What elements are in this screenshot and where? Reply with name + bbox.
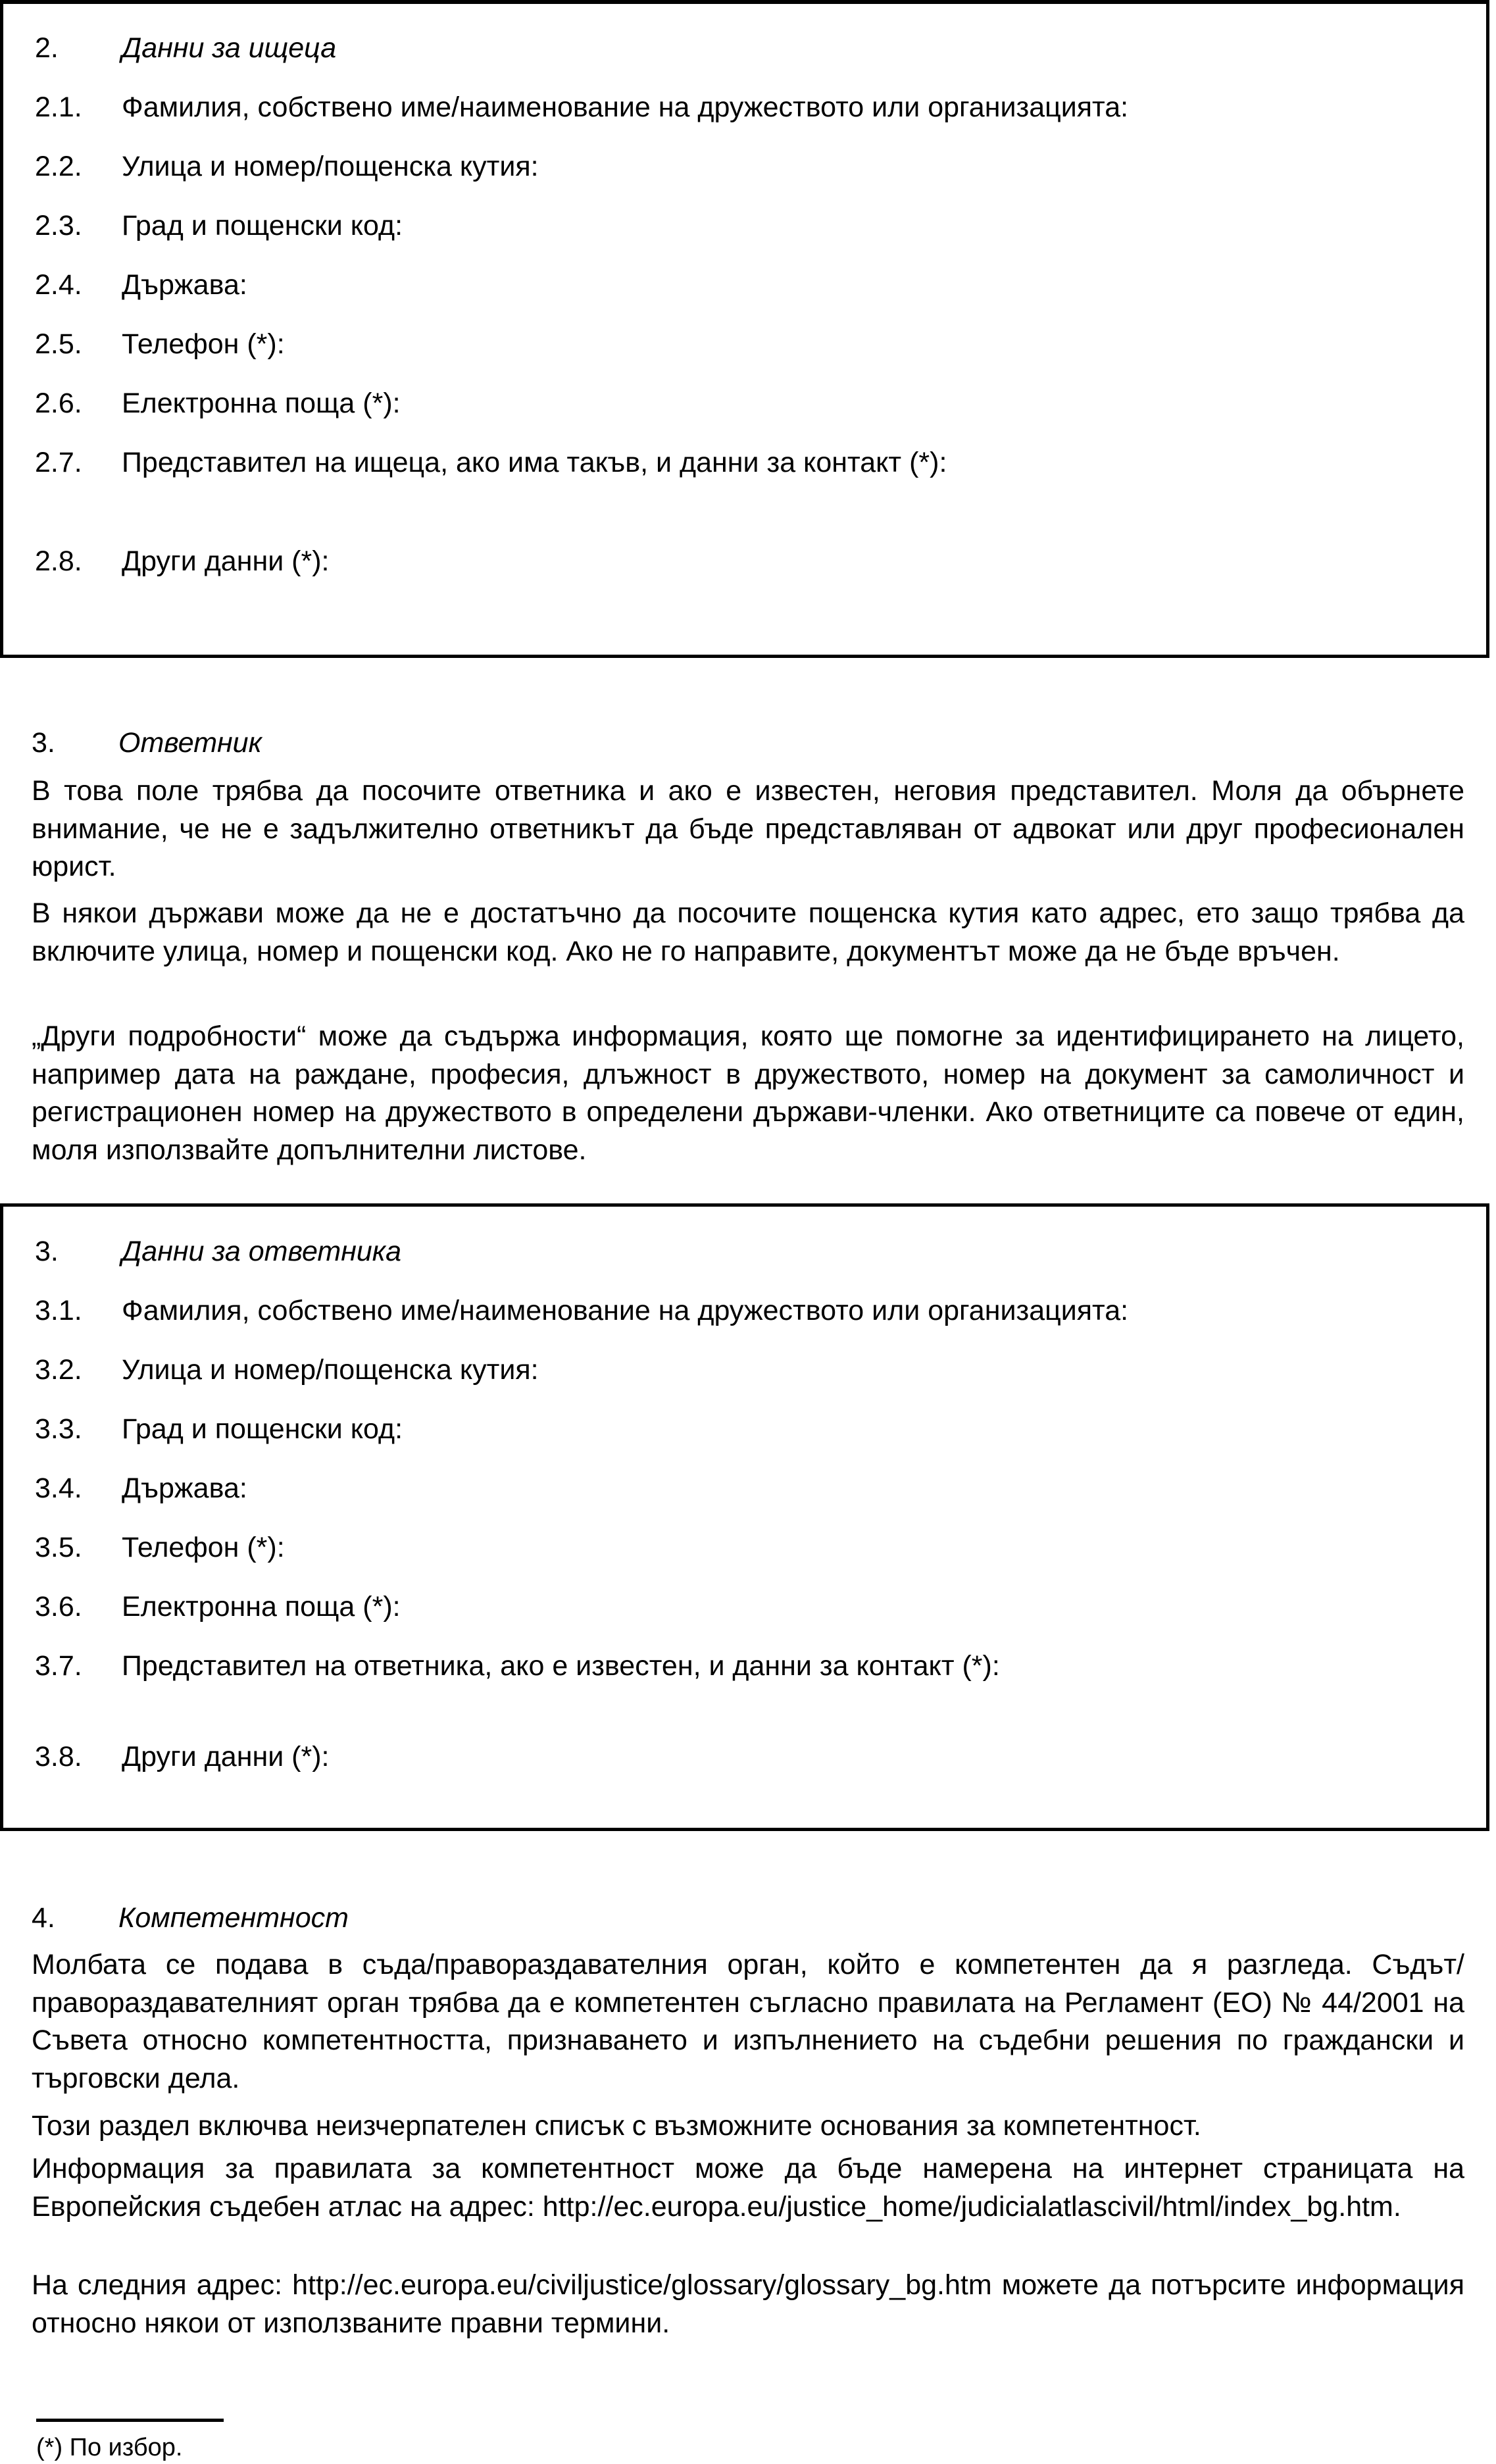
field-label: Държава: bbox=[122, 1472, 247, 1505]
field-label: Други данни (*): bbox=[122, 545, 330, 578]
form-field-claimant-email[interactable]: 2.6.Електронна поща (*): bbox=[35, 387, 401, 420]
glossary-paragraph[interactable]: На следния адрес: http://ec.europa.eu/ci… bbox=[32, 2267, 1464, 2342]
form-field-claimant-name[interactable]: 2.1.Фамилия, собствено име/наименование … bbox=[35, 91, 1128, 124]
defendant-section-heading: 3.Ответник bbox=[32, 726, 262, 759]
field-label: Улица и номер/пощенска кутия: bbox=[122, 1353, 539, 1386]
form-field-defendant-phone[interactable]: 3.5.Телефон (*): bbox=[35, 1531, 285, 1564]
field-label: Електронна поща (*): bbox=[122, 1590, 401, 1623]
form-field-defendant-representative[interactable]: 3.7.Представител на ответника, ако е изв… bbox=[35, 1649, 1000, 1682]
field-label: Град и пощенски код: bbox=[122, 1413, 403, 1446]
form-field-claimant-street[interactable]: 2.2.Улица и номер/пощенска кутия: bbox=[35, 150, 539, 183]
form-field-defendant-email[interactable]: 3.6.Електронна поща (*): bbox=[35, 1590, 401, 1623]
form-field-defendant-street[interactable]: 3.2.Улица и номер/пощенска кутия: bbox=[35, 1353, 539, 1386]
claimant-heading: 2.Данни за ищеца bbox=[35, 32, 336, 64]
field-label: Телефон (*): bbox=[122, 1531, 285, 1564]
form-field-claimant-other[interactable]: 2.8.Други данни (*): bbox=[35, 545, 330, 578]
section-number: 3. bbox=[32, 726, 118, 759]
form-field-claimant-phone[interactable]: 2.5.Телефон (*): bbox=[35, 328, 285, 361]
field-label: Други данни (*): bbox=[122, 1740, 330, 1773]
section-number: 2. bbox=[35, 32, 122, 64]
field-label: Електронна поща (*): bbox=[122, 387, 401, 420]
defendant-other-details-paragraph: „Други подробности“ може да съдържа инфо… bbox=[32, 1018, 1464, 1169]
field-label: Представител на ответника, ако е известе… bbox=[122, 1649, 1000, 1682]
footnote-separator bbox=[36, 2419, 224, 2422]
field-label: Фамилия, собствено име/наименование на д… bbox=[122, 1294, 1128, 1327]
jurisdiction-court-paragraph: Молбата се подава в съда/правораздавател… bbox=[32, 1946, 1464, 2098]
form-field-claimant-representative[interactable]: 2.7.Представител на ищеца, ако има такъв… bbox=[35, 446, 947, 479]
form-field-defendant-country[interactable]: 3.4.Държава: bbox=[35, 1472, 247, 1505]
jurisdiction-list-paragraph: Този раздел включва неизчерпателен списъ… bbox=[32, 2107, 1464, 2146]
form-field-defendant-other[interactable]: 3.8.Други данни (*): bbox=[35, 1740, 330, 1773]
form-field-defendant-name[interactable]: 3.1.Фамилия, собствено име/наименование … bbox=[35, 1294, 1128, 1327]
form-field-claimant-country[interactable]: 2.4.Държава: bbox=[35, 268, 247, 301]
form-field-claimant-city[interactable]: 2.3.Град и пощенски код: bbox=[35, 209, 403, 242]
footnote-optional: (*) По избор. bbox=[36, 2433, 182, 2462]
field-label: Улица и номер/пощенска кутия: bbox=[122, 150, 539, 183]
judicial-atlas-paragraph[interactable]: Информация за правилата за компетентност… bbox=[32, 2150, 1464, 2226]
section-title: Данни за ищеца bbox=[122, 32, 336, 64]
section-number: 4. bbox=[32, 1901, 118, 1934]
defendant-heading: 3.Данни за ответника bbox=[35, 1235, 401, 1268]
defendant-data-box: 3.Данни за ответника 3.1.Фамилия, собств… bbox=[0, 1203, 1489, 1831]
field-label: Държава: bbox=[122, 268, 247, 301]
form-field-defendant-city[interactable]: 3.3.Град и пощенски код: bbox=[35, 1413, 403, 1446]
field-label: Телефон (*): bbox=[122, 328, 285, 361]
jurisdiction-section-heading: 4.Компетентност bbox=[32, 1901, 349, 1934]
section-number: 3. bbox=[35, 1235, 122, 1268]
section-title: Компетентност bbox=[118, 1902, 349, 1934]
section-title: Данни за ответника bbox=[122, 1235, 401, 1268]
claimant-data-box: 2.Данни за ищеца 2.1.Фамилия, собствено … bbox=[0, 0, 1489, 658]
defendant-instructions-paragraph: В това поле трябва да посочите ответника… bbox=[32, 772, 1464, 886]
field-label: Фамилия, собствено име/наименование на д… bbox=[122, 91, 1128, 124]
defendant-address-paragraph: В някои държави може да не е достатъчно … bbox=[32, 895, 1464, 970]
section-title: Ответник bbox=[118, 727, 262, 759]
field-label: Град и пощенски код: bbox=[122, 209, 403, 242]
field-label: Представител на ищеца, ако има такъв, и … bbox=[122, 446, 947, 479]
